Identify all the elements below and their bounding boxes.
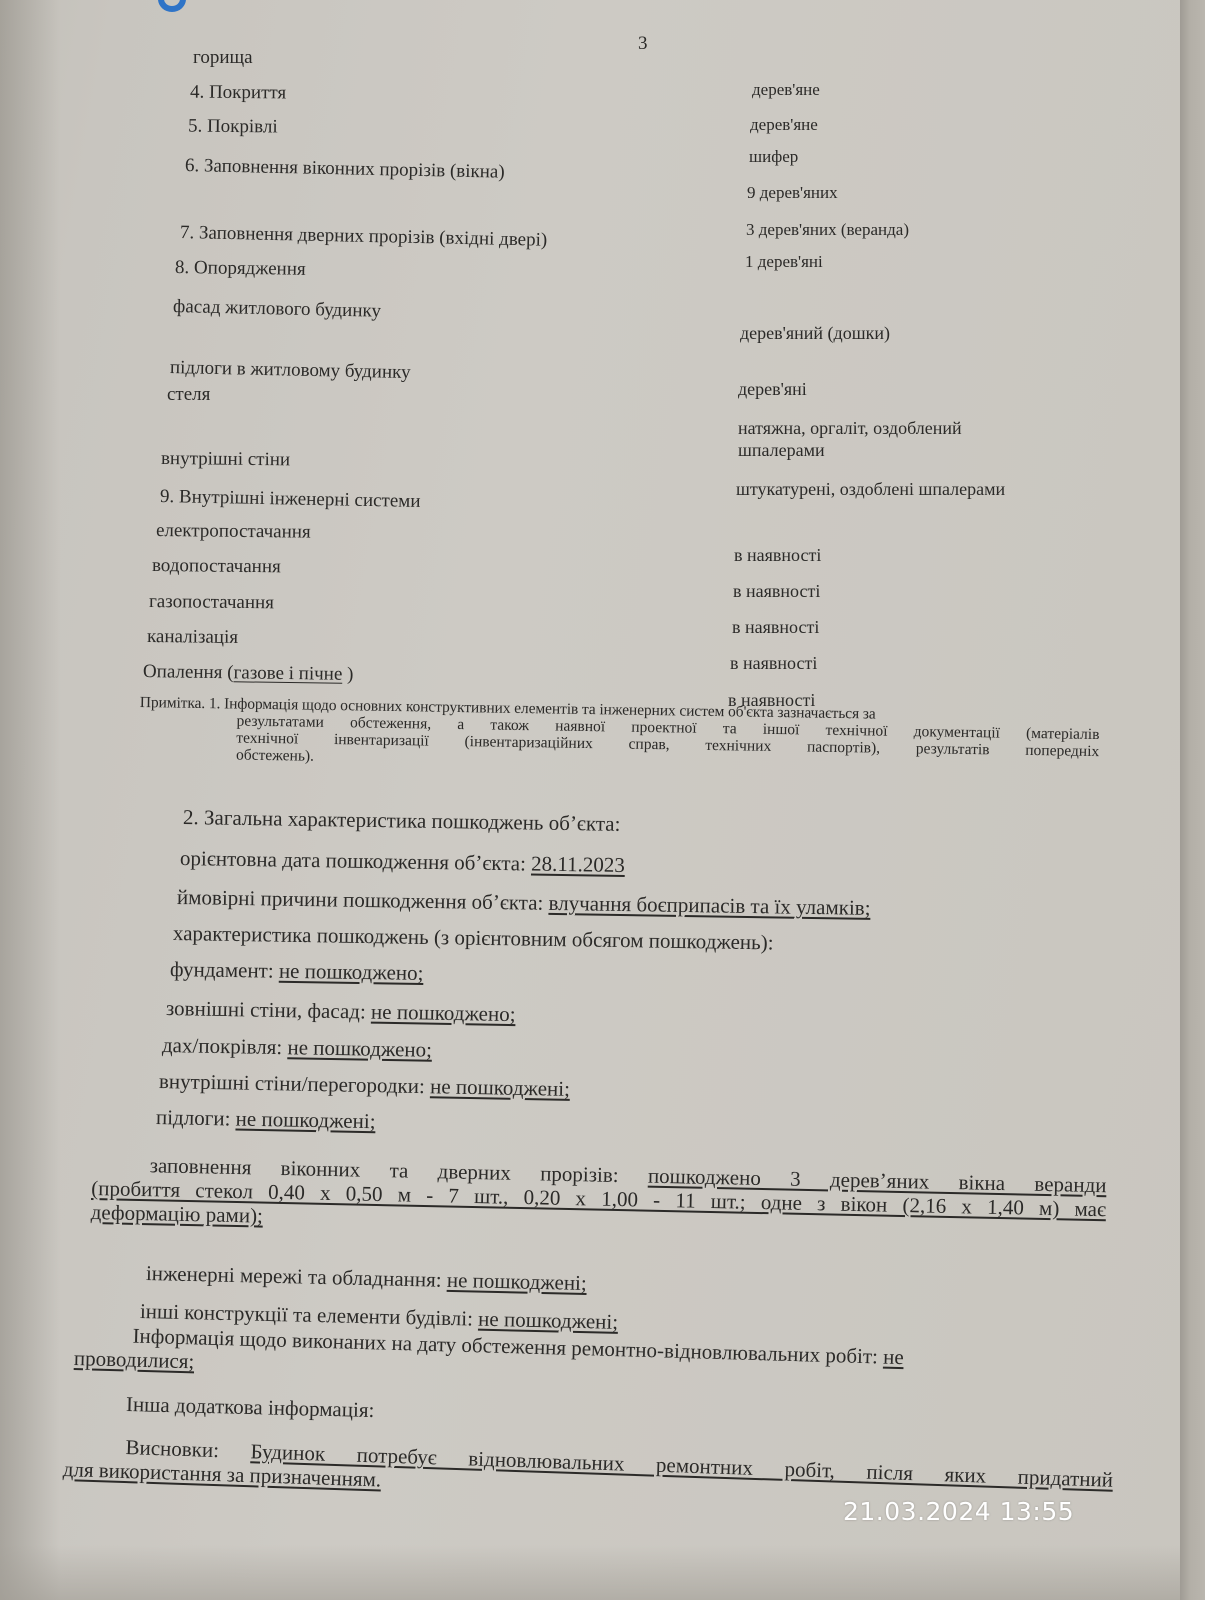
element-value: в наявності (734, 544, 821, 566)
element-label: стеля (167, 384, 210, 406)
element-value: дерев'яне (750, 116, 818, 133)
element-value: в наявності (733, 580, 820, 602)
damage-item-label: підлоги: (156, 1105, 236, 1131)
page-number: 3 (638, 33, 648, 55)
page-shadow (0, 0, 60, 1600)
element-value: 9 дерев'яних (747, 184, 838, 201)
element-label: 4. Покриття (190, 82, 286, 105)
element-label: газопостачання (149, 591, 274, 614)
element-value: в наявності (730, 652, 817, 674)
heating-label: Опалення ( (143, 661, 234, 683)
damage-item: підлоги: не пошкоджені; (156, 1106, 376, 1132)
element-label: каналізація (147, 626, 238, 649)
damage-item: зовнішні стіни, фасад: не пошкоджено; (166, 997, 516, 1025)
element-value: дерев'яне (752, 81, 820, 98)
heating-suffix: ) (342, 664, 353, 685)
damage-causes-value: влучання боєприпасів та їх уламків; (548, 891, 870, 920)
element-label: фасад житлового будинку (173, 296, 381, 323)
damage-item-label: фундамент: (170, 957, 279, 983)
damage-item-value: не пошкоджені; (235, 1107, 375, 1134)
element-value: натяжна, оргаліт, оздоблений (738, 417, 962, 439)
damage-item: дах/покрівля: не пошкоджено; (162, 1034, 432, 1061)
element-value: штукатурені, оздоблені шпалерами (736, 478, 1005, 500)
damage-item-label: дах/покрівля: (162, 1033, 288, 1059)
element-value: дерев'яні (738, 378, 807, 400)
damage-item-value: не пошкоджено; (371, 1000, 516, 1027)
element-label: 8. Опорядження (175, 257, 306, 281)
element-value: 1 дерев'яні (745, 253, 823, 270)
element-value: шифер (749, 148, 798, 165)
damage-item-value: не пошкоджені; (478, 1307, 618, 1334)
element-label: 5. Покрівлі (188, 116, 278, 139)
repairs-value: не (883, 1345, 904, 1370)
damage-item-value: не пошкоджені; (430, 1074, 570, 1101)
element-label: електропостачання (156, 520, 311, 544)
damage-item-value: не пошкоджено; (287, 1035, 432, 1062)
damage-date-value: 28.11.2023 (531, 852, 625, 877)
element-label: внутрішні стіни (161, 448, 290, 471)
element-value: шпалерами (738, 439, 825, 461)
photo-timestamp: 21.03.2024 13:55 (843, 1497, 1074, 1526)
other-info: Інша додаткова інформація: (126, 1393, 375, 1421)
page-edge (1180, 0, 1205, 1600)
heating-type: газове і пічне (233, 662, 342, 685)
element-label-heating: Опалення (газове і пічне ) (143, 661, 354, 686)
damage-item-label: зовнішні стіни, фасад: (166, 996, 371, 1024)
element-label: водопостачання (152, 555, 281, 578)
page-shadow-bottom (0, 1545, 1180, 1600)
element-label: горища (193, 47, 253, 69)
element-value: 3 дерев'яних (веранда) (746, 221, 909, 238)
damage-item: фундамент: не пошкоджено; (170, 958, 424, 984)
element-value: в наявності (732, 616, 819, 638)
element-value: дерев'яний (дошки) (740, 322, 890, 344)
damage-item-value: не пошкоджені; (447, 1268, 587, 1295)
damage-item-value: не пошкоджено; (279, 959, 424, 985)
